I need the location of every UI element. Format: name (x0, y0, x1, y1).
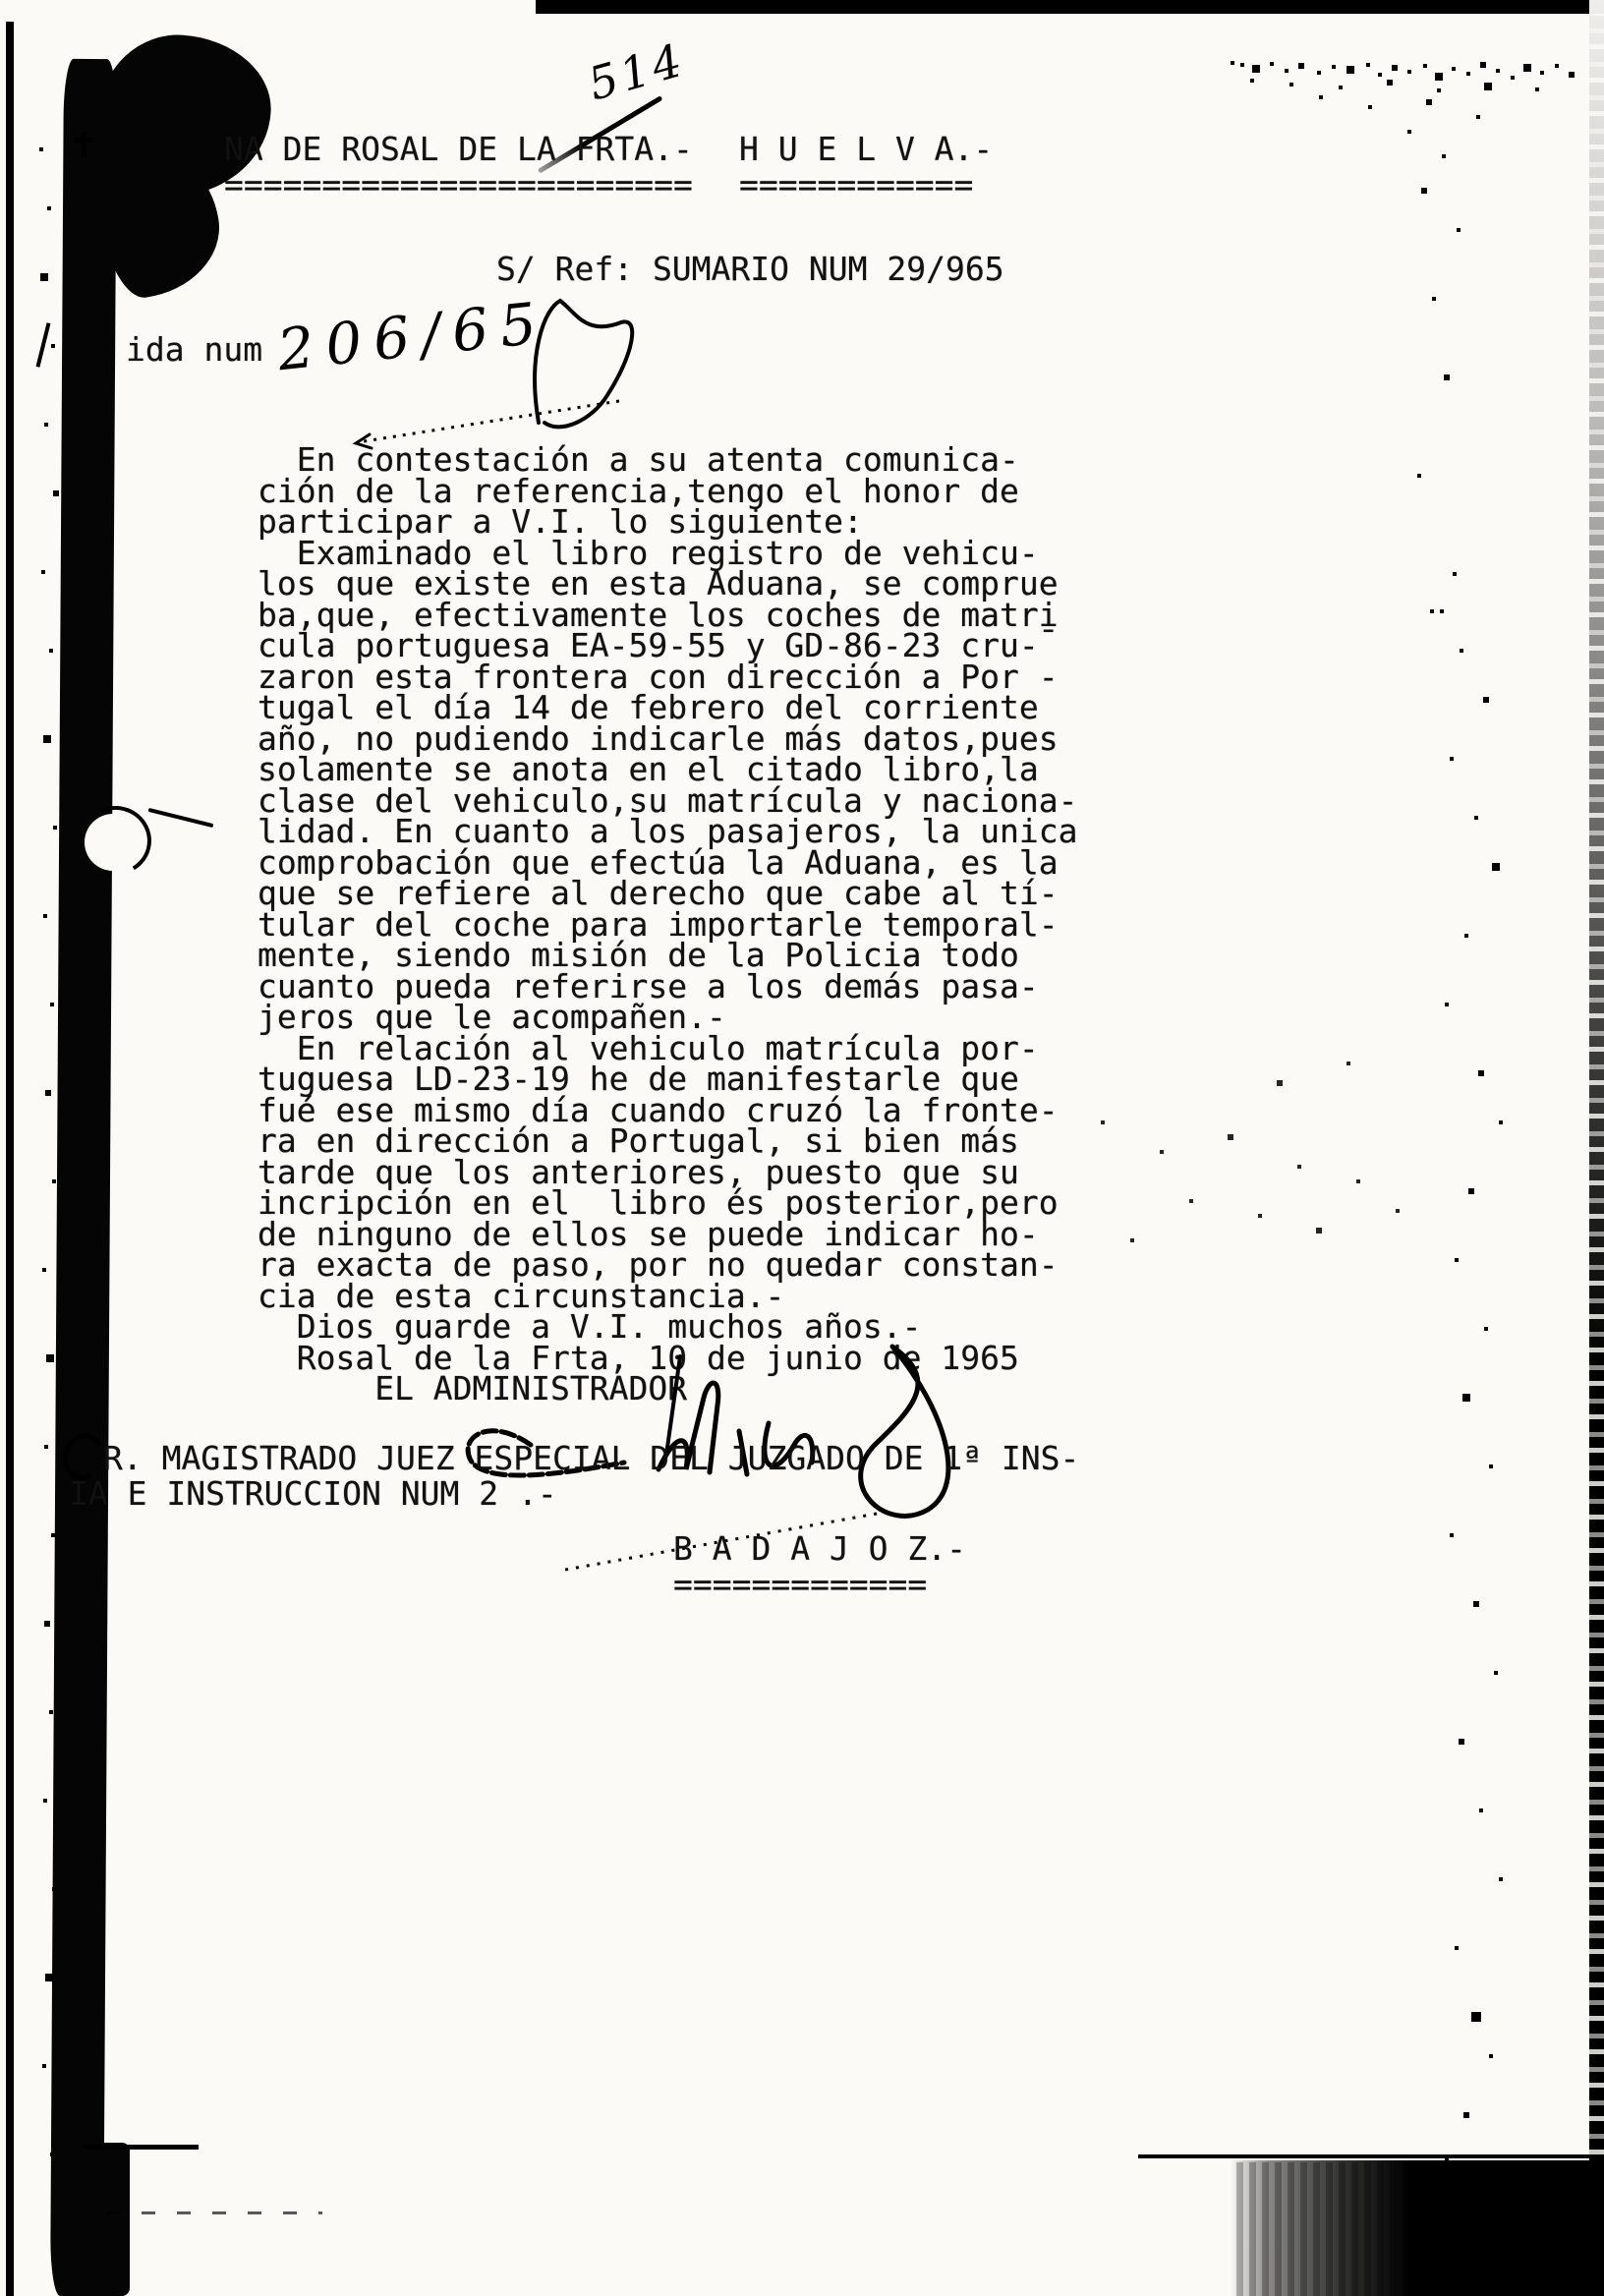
scan-noise-left-edge (39, 147, 43, 151)
footer-addressee-line-2: IA E INSTRUCCION NUM 2 .- (69, 1478, 557, 1510)
body-line: jeros que le acompañen.- (258, 1002, 1077, 1033)
body-line: incripción en el libro és posterior,pero (258, 1187, 1077, 1219)
ink-blob-left-band (50, 59, 117, 2296)
scan-line-bottom-right (1138, 2154, 1604, 2158)
reference-line: S/ Ref: SUMARIO NUM 29/965 (496, 254, 1004, 285)
header-province-underline: ============ (739, 169, 973, 201)
body-line: tuguesa LD-23-19 he de manifestarle que (258, 1063, 1077, 1095)
body-line: que se refiere al derecho que cabe al tí… (258, 878, 1077, 909)
scan-edge-bar-top (536, 0, 1604, 14)
body-line: participar a V.I. lo siguiente: (258, 506, 1077, 538)
body-line: ra en dirección a Portugal, si bien más (258, 1125, 1077, 1157)
body-line: cula portuguesa EA-59-55 y GD-86-23 cru- (258, 630, 1077, 661)
scanned-letter-page: 514 NA DE ROSAL DE LA FRTA.- ===========… (0, 0, 1604, 2296)
body-line: solamente se anota en el citado libro,la (258, 754, 1077, 785)
scan-edge-line-left (6, 22, 14, 2296)
header-office-line: NA DE ROSAL DE LA FRTA.- (224, 134, 693, 165)
footer-city: B A D A J O Z.- (673, 1533, 966, 1565)
header-province-line: H U E L V A.- (739, 134, 993, 165)
header-office-underline: ======================== (224, 169, 693, 201)
body-line: lidad. En cuanto a los pasajeros, la uni… (258, 816, 1077, 847)
body-line: mente, siendo misión de la Policia todo (258, 940, 1077, 971)
ink-blob-left-foot (57, 2143, 130, 2296)
body-line: ra exacta de paso, por no quedar constan… (258, 1249, 1077, 1281)
faint-dash-row (106, 2211, 322, 2214)
salida-label: ida num (126, 334, 262, 366)
hole-punch-tail-stroke (148, 808, 214, 828)
ink-fragment (82, 132, 86, 157)
footer-addressee-line-1: R. MAGISTRADO JUEZ ESPECIAL DEL JUZGADO … (103, 1443, 1079, 1474)
body-line: En contestación a su atenta comunica- (258, 444, 1077, 476)
scan-edge-strip-right (1589, 0, 1604, 2296)
letter-body: En contestación a su atenta comunica-ció… (258, 444, 1077, 1405)
body-line: tugal el día 14 de febrero del corriente (258, 692, 1077, 723)
pen-flourish-mark (324, 285, 678, 462)
scan-noise-streaks-bottom-right (1236, 2162, 1600, 2296)
ink-fragment (35, 322, 50, 368)
scan-noise-column-right (1430, 609, 1434, 613)
scan-noise-mid-right (1101, 1120, 1105, 1124)
scan-noise-top-right (1231, 61, 1234, 65)
footer-city-underline: ============= (673, 1569, 927, 1600)
page-number-handwritten: 514 (582, 32, 691, 110)
body-line: los que existe en esta Aduana, se compru… (258, 568, 1077, 600)
ink-blob-step-mark (83, 2145, 199, 2150)
